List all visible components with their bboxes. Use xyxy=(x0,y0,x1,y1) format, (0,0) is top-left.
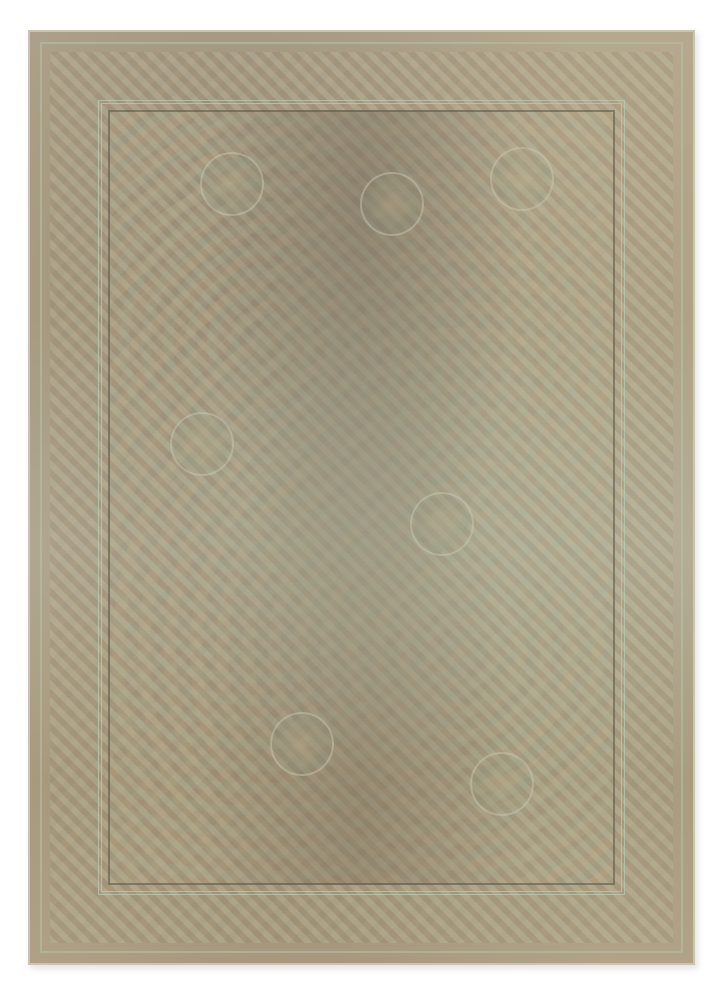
floral-motif xyxy=(490,147,554,211)
floral-motif xyxy=(270,712,334,776)
floral-motif xyxy=(360,172,424,236)
rug-field xyxy=(108,110,615,885)
floral-motif xyxy=(170,412,234,476)
floral-motif xyxy=(200,152,264,216)
floral-motif xyxy=(410,492,474,556)
floral-motif xyxy=(470,752,534,816)
rug xyxy=(28,30,695,965)
